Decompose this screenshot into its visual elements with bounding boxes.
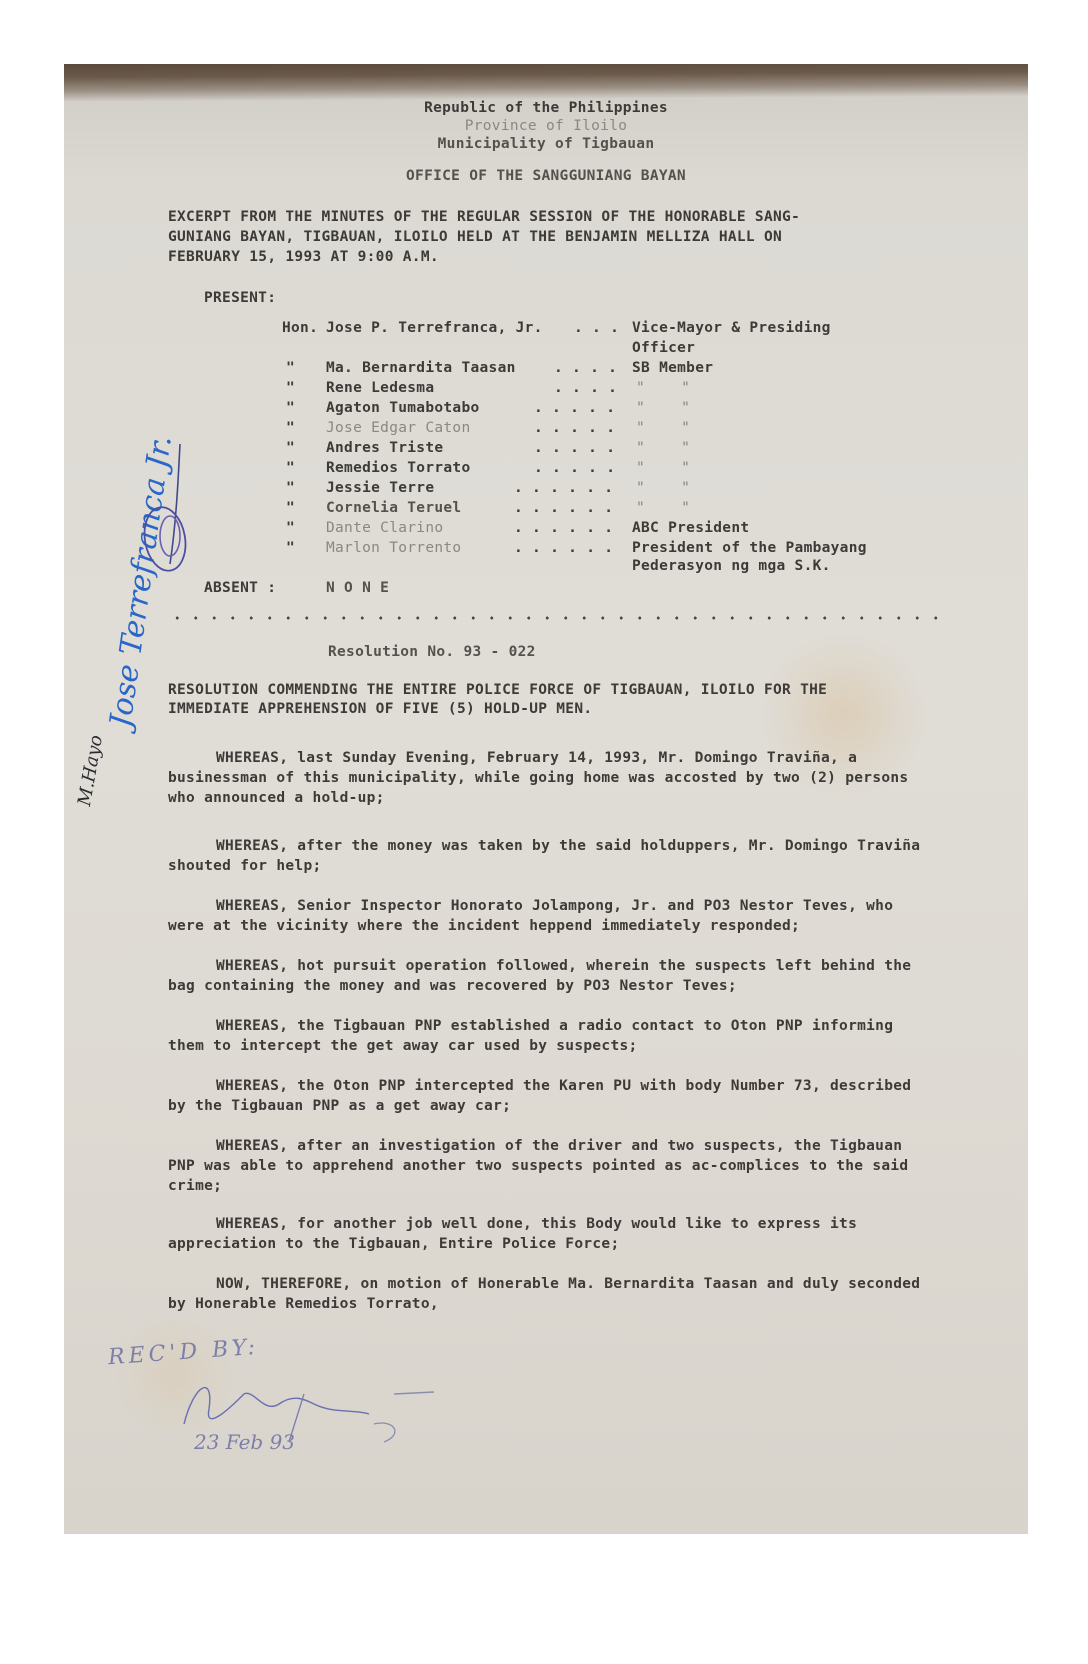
separator-dotted-line [168,616,938,620]
member-prefix: " [286,480,295,496]
resolution-title-line-2: IMMEDIATE APPREHENSION OF FIVE (5) HOLD-… [168,701,592,717]
office-title: OFFICE OF THE SANGGUNIANG BAYAN [64,168,1028,184]
member-name: Remedios Torrato [326,460,470,476]
member-role: ABC President [632,520,749,536]
member-name: Rene Ledesma [326,380,434,396]
member-prefix: " [286,460,295,476]
member-name: Jessie Terre [326,480,434,496]
member-role-ditto: " " [636,440,690,456]
margin-signature-loop-icon [140,424,210,574]
member-role-cont: Pederasyon ng mga S.K. [632,558,831,574]
whereas-paragraph-4: WHEREAS, hot pursuit operation followed,… [168,956,928,996]
member-prefix: " [286,380,295,396]
member-role: Vice-Mayor & Presiding [632,320,831,336]
member-dots: . . . . [554,360,617,376]
present-label: PRESENT: [204,290,276,306]
whereas-paragraph-5: WHEREAS, the Tigbauan PNP established a … [168,1016,928,1056]
member-dots: . . . . . . [514,500,613,516]
whereas-paragraph-6: WHEREAS, the Oton PNP intercepted the Ka… [168,1076,928,1116]
member-dots: . . . . . . [514,540,613,556]
member-dots: . . . . . . [514,520,613,536]
member-name: Jose P. Terrefranca, Jr. [326,320,543,336]
member-name: Agaton Tumabotabo [326,400,480,416]
member-name: Andres Triste [326,440,443,456]
member-prefix: " [286,360,295,376]
member-role-ditto: " " [636,400,690,416]
member-role-ditto: " " [636,380,690,396]
header-municipality: Municipality of Tigbauan [64,136,1028,152]
member-name: Cornelia Teruel [326,500,461,516]
excerpt-line-3: FEBRUARY 15, 1993 AT 9:00 A.M. [168,249,439,265]
member-prefix: " [286,540,295,556]
member-dots: . . . . [554,380,617,396]
member-dots: . . . . . [534,440,615,456]
whereas-paragraph-2: WHEREAS, after the money was taken by th… [168,836,928,876]
margin-initials: M.Hayo [74,733,107,807]
member-role-cont: Officer [632,340,695,356]
member-prefix: " [286,500,295,516]
member-prefix: " [286,440,295,456]
header-republic: Republic of the Philippines [64,100,1028,116]
resolution-title-line-1: RESOLUTION COMMENDING THE ENTIRE POLICE … [168,682,827,698]
resolution-number: Resolution No. 93 - 022 [328,644,536,660]
absent-label: ABSENT : [204,580,276,596]
now-therefore-paragraph: NOW, THEREFORE, on motion of Honerable M… [168,1274,928,1314]
whereas-paragraph-3: WHEREAS, Senior Inspector Honorato Jolam… [168,896,928,936]
whereas-paragraph-1: WHEREAS, last Sunday Evening, February 1… [168,748,928,808]
page-fold-shadow [64,64,1028,102]
document-page: Republic of the Philippines Province of … [64,64,1028,1534]
member-name: Marlon Torrento [326,540,461,556]
member-name: Dante Clarino [326,520,443,536]
member-prefix: " [286,520,295,536]
member-role-ditto: " " [636,480,690,496]
absent-value: N O N E [326,580,389,596]
whereas-paragraph-7: WHEREAS, after an investigation of the d… [168,1136,928,1196]
member-name: Ma. Bernardita Taasan [326,360,516,376]
member-role: SB Member [632,360,713,376]
excerpt-line-1: EXCERPT FROM THE MINUTES OF THE REGULAR … [168,209,800,225]
member-prefix: " [286,420,295,436]
member-dots: . . . . . . [514,480,613,496]
member-prefix: Hon. [282,320,318,336]
member-role-ditto: " " [636,500,690,516]
member-role-ditto: " " [636,460,690,476]
member-role-ditto: " " [636,420,690,436]
header-province: Province of Iloilo [64,118,1028,134]
whereas-paragraph-8: WHEREAS, for another job well done, this… [168,1214,928,1254]
member-dots: . . . [574,320,619,336]
member-name: Jose Edgar Caton [326,420,470,436]
member-dots: . . . . . [534,460,615,476]
received-date: 23 Feb 93 [194,1430,295,1454]
member-dots: . . . . . [534,420,615,436]
member-dots: . . . . . [534,400,615,416]
member-prefix: " [286,400,295,416]
excerpt-line-2: GUNIANG BAYAN, TIGBAUAN, ILOILO HELD AT … [168,229,782,245]
member-role: President of the Pambayang [632,540,867,556]
